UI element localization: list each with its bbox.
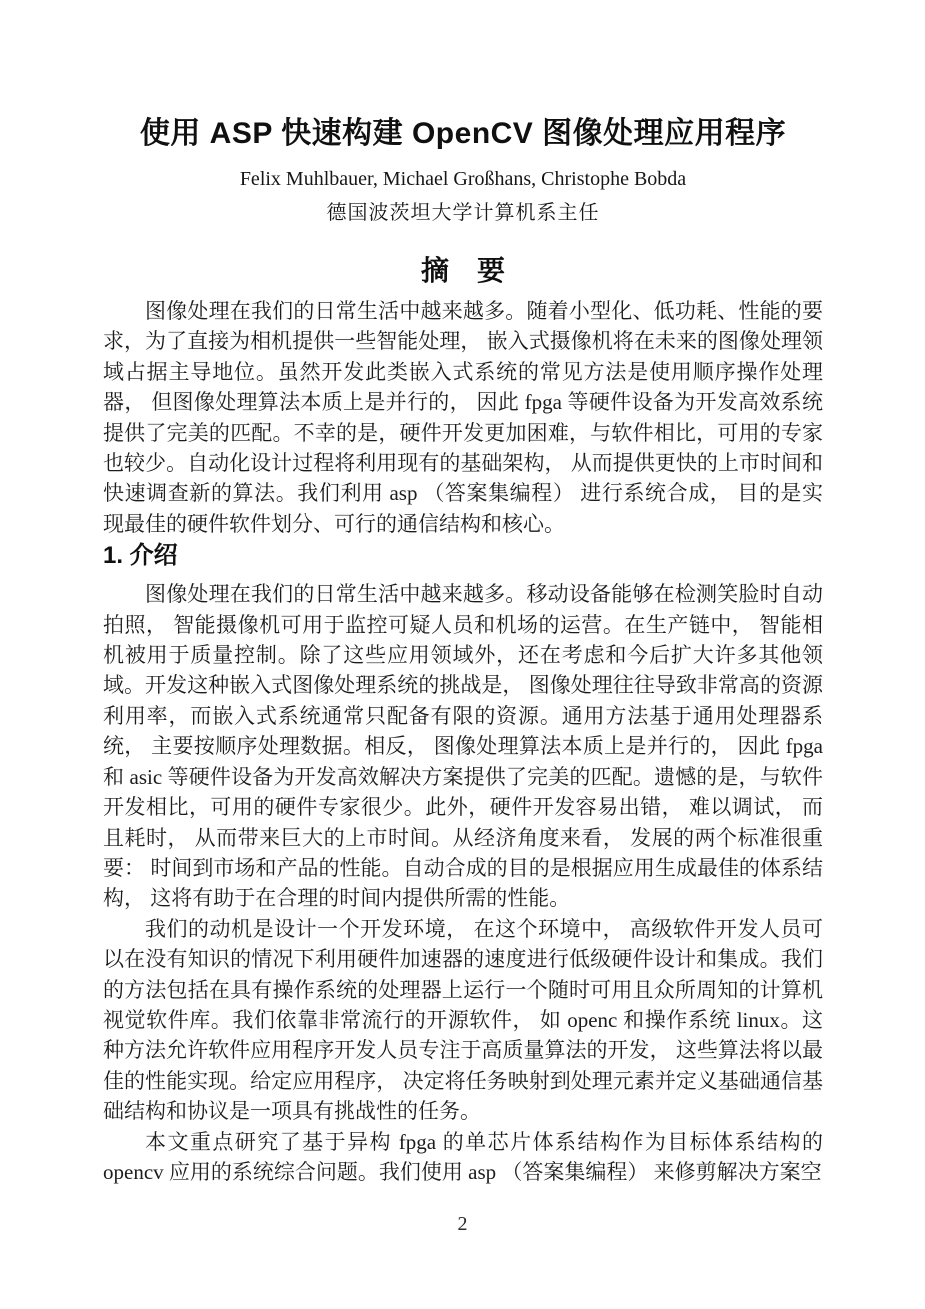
- section-1-paragraph-1: 图像处理在我们的日常生活中越来越多。移动设备能够在检测笑脸时自动拍照， 智能摄像…: [103, 579, 823, 913]
- section-1-heading: 1. 介绍: [103, 541, 823, 571]
- page-number: 2: [0, 1212, 925, 1236]
- section-1-paragraph-2: 我们的动机是设计一个开发环境， 在这个环境中， 高级软件开发人员可以在没有知识的…: [103, 914, 823, 1127]
- abstract-heading: 摘 要: [103, 253, 823, 289]
- paper-title: 使用 ASP 快速构建 OpenCV 图像处理应用程序: [103, 114, 823, 154]
- document-page: 使用 ASP 快速构建 OpenCV 图像处理应用程序 Felix Muhlba…: [0, 0, 925, 1309]
- section-1-paragraph-3: 本文重点研究了基于异构 fpga 的单芯片体系结构作为目标体系结构的 openc…: [103, 1127, 823, 1188]
- affiliation-line: 德国波茨坦大学计算机系主任: [103, 200, 823, 226]
- abstract-paragraph: 图像处理在我们的日常生活中越来越多。随着小型化、低功耗、性能的要求，为了直接为相…: [103, 296, 823, 539]
- authors-line: Felix Muhlbauer, Michael Großhans, Chris…: [103, 167, 823, 191]
